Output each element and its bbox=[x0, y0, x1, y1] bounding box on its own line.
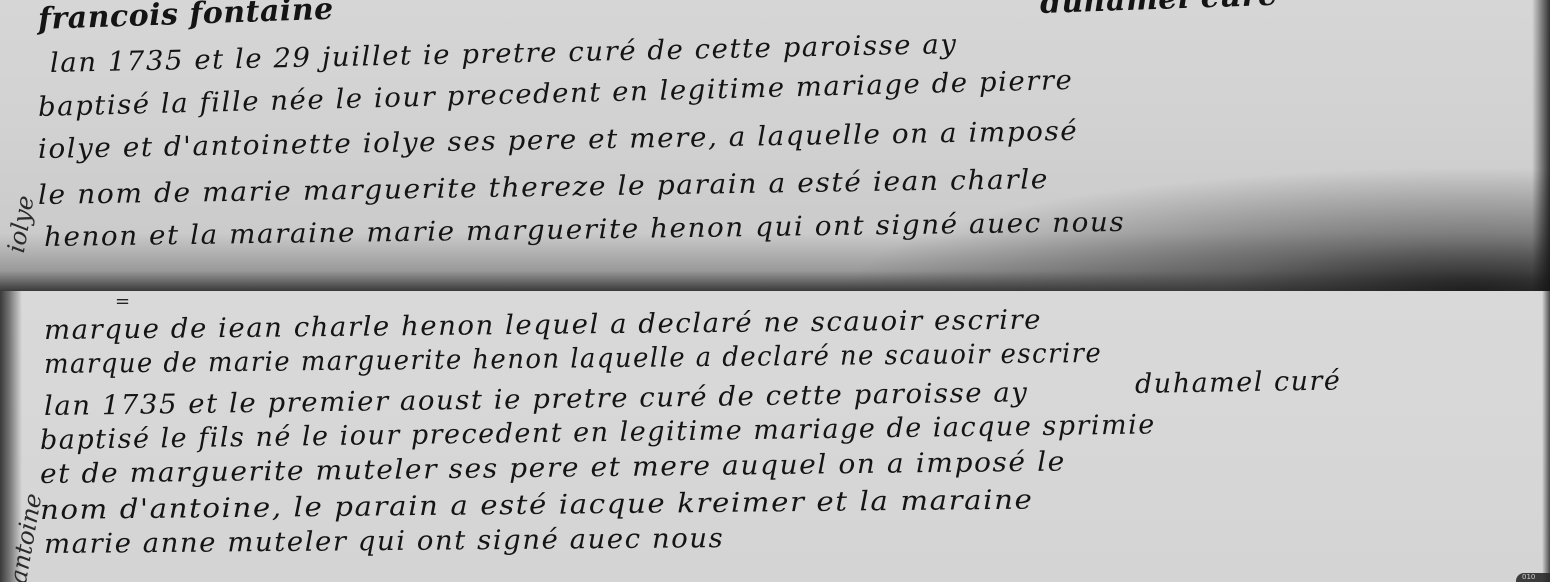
separator-mark: = bbox=[115, 291, 130, 312]
record-line: marie anne muteler qui ont signé auec no… bbox=[44, 523, 725, 560]
record-line: le nom de marie marguerite thereze le pa… bbox=[38, 164, 1049, 211]
register-bottom-strip: = antoine marque de iean charle henon le… bbox=[0, 291, 1550, 582]
curate-signature: duhamel curé bbox=[1135, 365, 1342, 400]
page-number-badge: 010 bbox=[1516, 573, 1550, 582]
register-page-scan: francois fontaine duhamel curé iolye lan… bbox=[0, 0, 1550, 582]
register-top-strip: francois fontaine duhamel curé iolye lan… bbox=[0, 0, 1550, 291]
entry-header-signature: duhamel curé bbox=[1039, 0, 1278, 21]
entry-header-name: francois fontaine bbox=[37, 0, 334, 37]
record-line: nom d'antoine, le parain a esté iacque k… bbox=[40, 485, 1034, 526]
record-line: iolye et d'antoinette iolye ses pere et … bbox=[38, 116, 1079, 165]
record-line: henon et la maraine marie marguerite hen… bbox=[44, 207, 1126, 253]
margin-note-top: iolye bbox=[2, 193, 40, 255]
